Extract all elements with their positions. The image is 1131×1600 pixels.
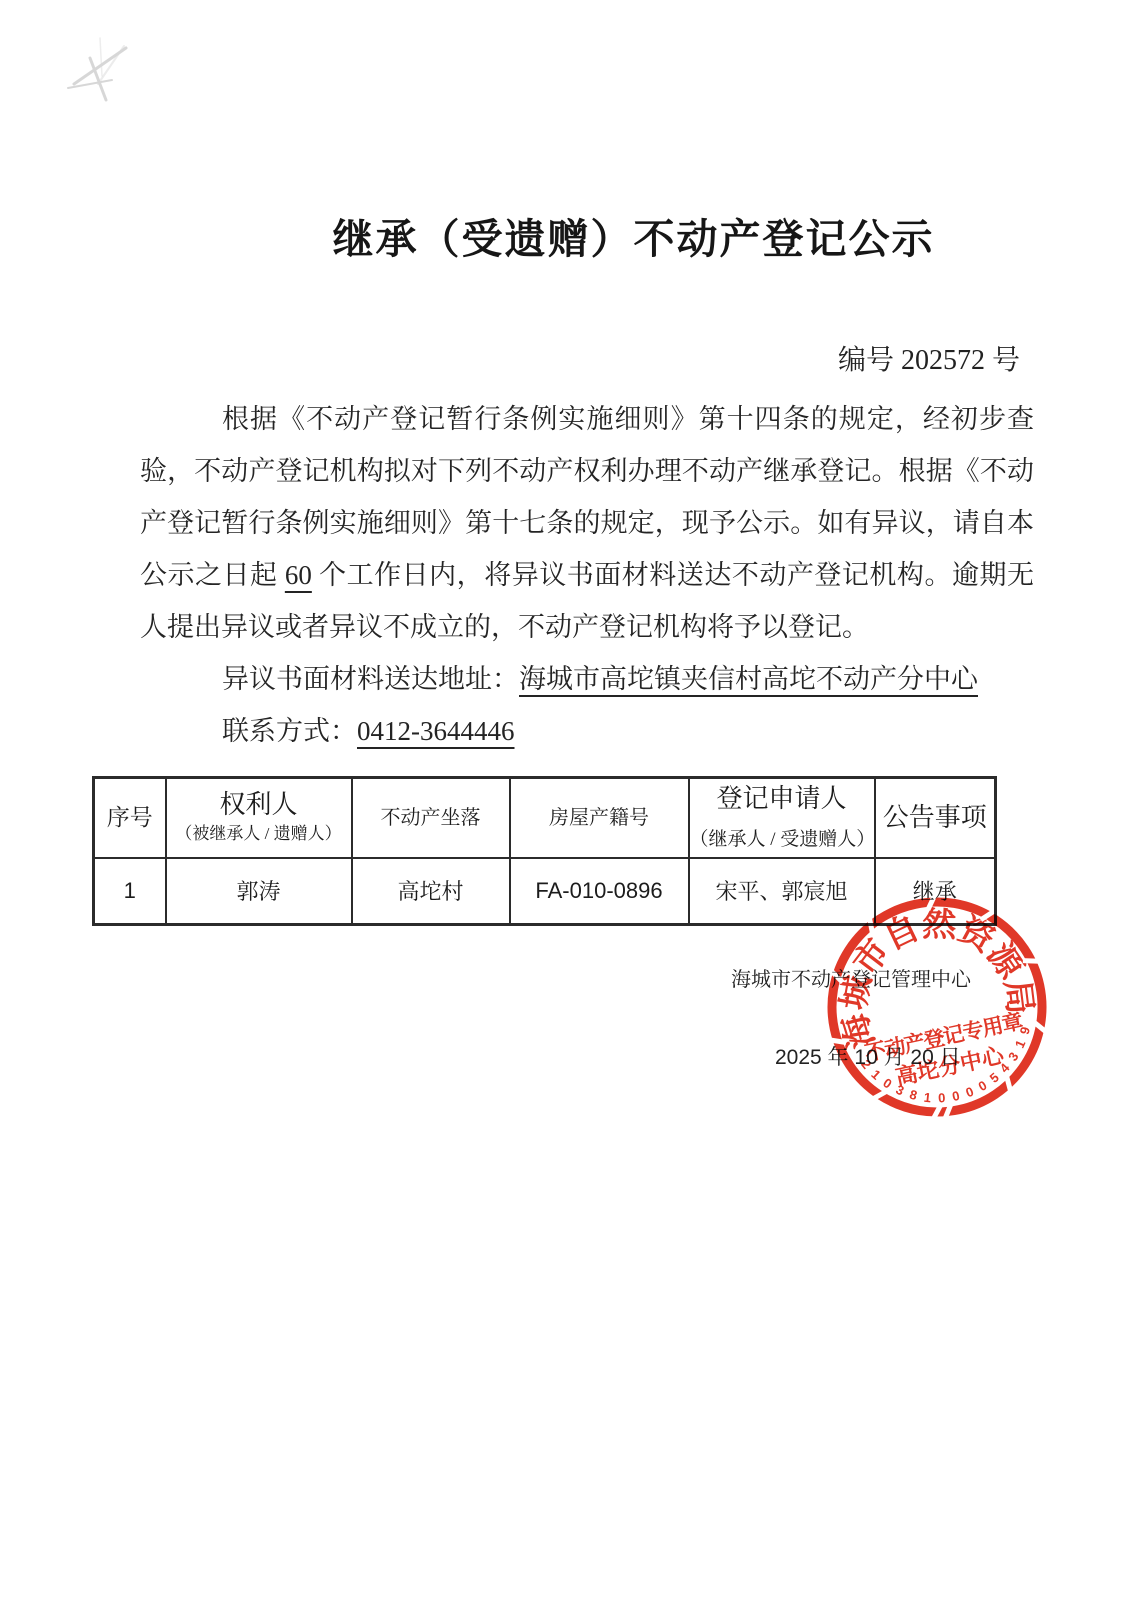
address-line: 异议书面材料送达地址：海城市高坨镇夹信村高坨不动产分中心 <box>140 653 1034 705</box>
cell-location: 高坨村 <box>352 858 510 925</box>
col-header-applicants: 登记申请人 （继承人 / 受遗赠人） <box>689 778 875 858</box>
page-title: 继承（受遗赠）不动产登记公示 <box>68 206 1131 265</box>
svg-text:3: 3 <box>894 1082 907 1099</box>
pencil-scribble-mark <box>40 18 240 138</box>
svg-text:3: 3 <box>1005 1049 1022 1063</box>
svg-text:5: 5 <box>987 1070 1002 1086</box>
col-header-matter: 公告事项 <box>875 778 996 858</box>
svg-text:0: 0 <box>964 1084 976 1101</box>
col-header-serial-label: 序号 <box>95 803 165 833</box>
svg-text:8: 8 <box>908 1087 919 1103</box>
col-header-matter-label: 公告事项 <box>876 803 995 833</box>
col-header-applicants-sub: （继承人 / 受遗赠人） <box>690 828 874 852</box>
col-header-house-id: 房屋产籍号 <box>510 778 689 858</box>
col-header-location-label: 不动产坐落 <box>353 806 509 830</box>
svg-text:0: 0 <box>938 1090 946 1105</box>
body-text-block: 根据《不动产登记暂行条例实施细则》第十四条的规定，经初步查验，不动产登记机构拟对… <box>140 393 1034 757</box>
cell-house-id: FA-010-0896 <box>510 858 689 925</box>
contact-phone: 0412-3644446 <box>357 716 515 746</box>
official-seal: 海城市自然资源局 不动产登记专用章 高坨分中心 210381000054319 <box>807 877 1067 1137</box>
cell-right-holder: 郭涛 <box>166 858 352 925</box>
svg-text:9: 9 <box>1017 1025 1033 1036</box>
svg-text:1: 1 <box>1012 1038 1029 1051</box>
svg-text:然: 然 <box>922 906 958 945</box>
col-header-house-id-label: 房屋产籍号 <box>511 806 688 830</box>
svg-text:0: 0 <box>976 1078 990 1095</box>
col-header-right-holder-label: 权利人 <box>167 790 351 820</box>
doc-number: 编号 202572 号 <box>838 338 1020 378</box>
address-label: 异议书面材料送达地址： <box>222 664 519 694</box>
body-paragraph: 根据《不动产登记暂行条例实施细则》第十四条的规定，经初步查验，不动产登记机构拟对… <box>140 393 1034 653</box>
col-header-location: 不动产坐落 <box>352 778 510 858</box>
svg-text:1: 1 <box>868 1067 883 1083</box>
svg-text:0: 0 <box>880 1075 894 1092</box>
svg-text:1: 1 <box>923 1090 932 1106</box>
svg-text:2: 2 <box>858 1057 874 1072</box>
scanned-document-page: 继承（受遗赠）不动产登记公示 编号 202572 号 根据《不动产登记暂行条例实… <box>0 0 1131 1600</box>
col-header-right-holder: 权利人 （被继承人 / 遗赠人） <box>166 778 352 858</box>
col-header-applicants-label: 登记申请人 <box>690 784 874 814</box>
contact-label: 联系方式： <box>222 716 357 746</box>
cell-serial: 1 <box>94 858 166 925</box>
deadline-days-underlined: 60 <box>285 560 312 590</box>
col-header-serial: 序号 <box>94 778 166 858</box>
table-header-row: 序号 权利人 （被继承人 / 遗赠人） 不动产坐落 房屋产籍号 登记申请人 （继… <box>94 778 996 858</box>
address-value: 海城市高坨镇夹信村高坨不动产分中心 <box>519 664 978 694</box>
col-header-right-holder-sub: （被继承人 / 遗赠人） <box>167 823 351 845</box>
contact-line: 联系方式：0412-3644446 <box>140 705 1034 757</box>
svg-text:0: 0 <box>951 1088 961 1104</box>
